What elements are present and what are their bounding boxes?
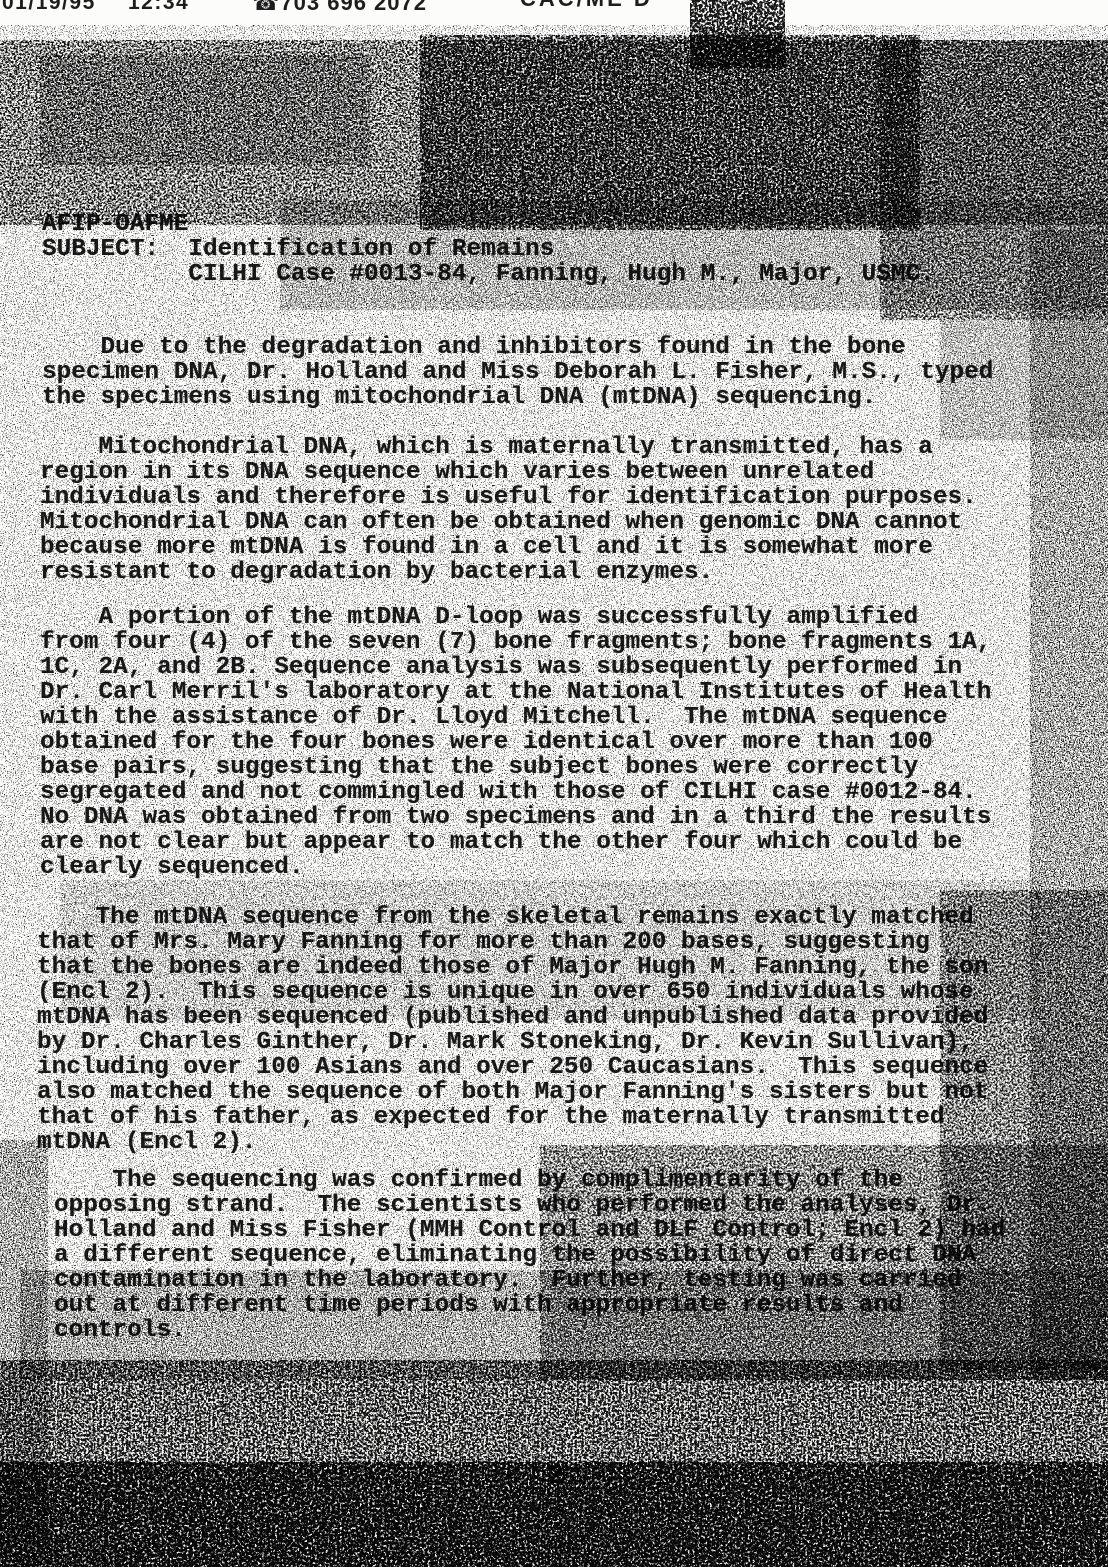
paragraph-4: The mtDNA sequence from the skeletal rem… — [37, 905, 988, 1155]
paragraph-2: Mitochondrial DNA, which is maternally t… — [40, 435, 977, 585]
document-heading: AFIP-OAFME SUBJECT: Identification of Re… — [42, 212, 935, 287]
document-body: AFIP-OAFME SUBJECT: Identification of Re… — [0, 0, 1108, 1567]
paragraph-5: The sequencing was confirmed by complime… — [54, 1168, 1005, 1343]
paragraph-3: A portion of the mtDNA D-loop was succes… — [40, 605, 991, 880]
scanned-fax-page: 01/19/95 12:34 ☎703 696 2072 CAC/ME D AF… — [0, 0, 1108, 1567]
page-number: 2 — [548, 1464, 564, 1491]
paragraph-1: Due to the degradation and inhibitors fo… — [42, 335, 993, 410]
